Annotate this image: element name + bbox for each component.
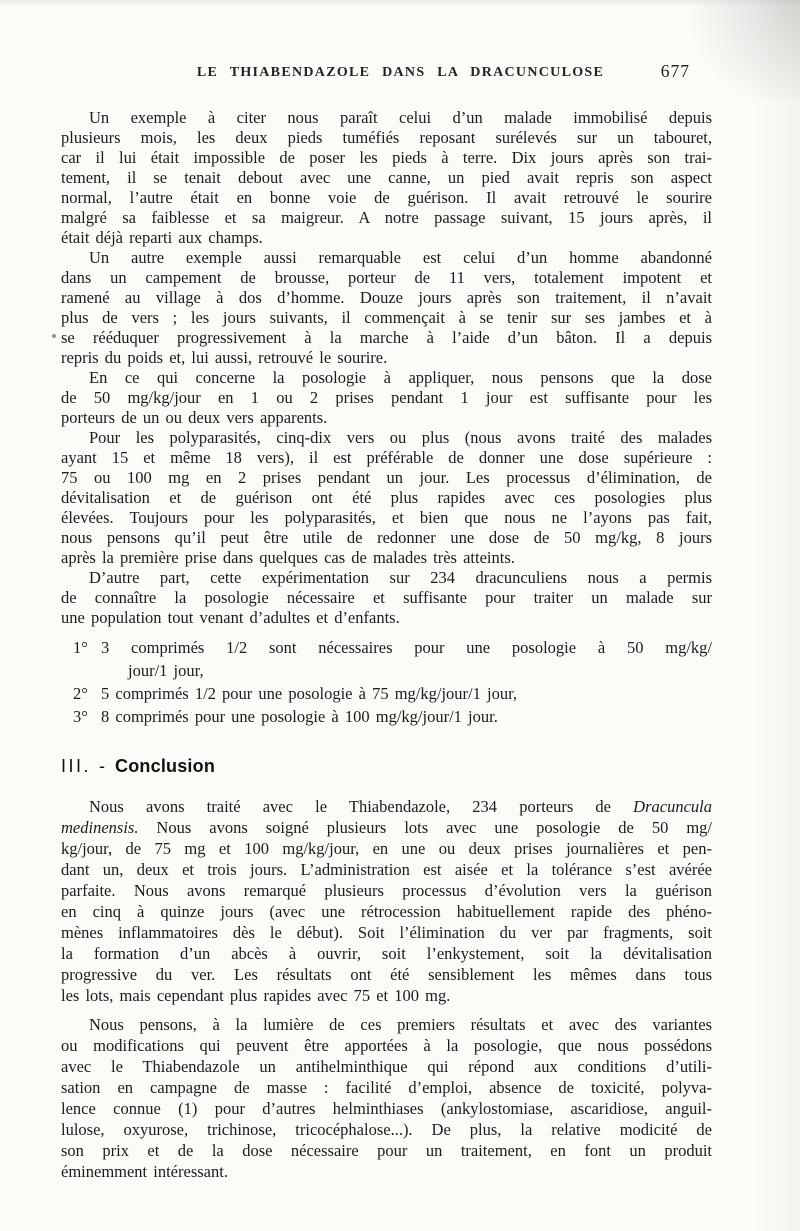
list-item-marker: 2° (73, 682, 101, 705)
text-line: dévitalisation et de guérison ont été pl… (61, 488, 712, 508)
text-line: Un exemple à citer nous paraît celui d’u… (61, 108, 712, 128)
text-line: les lots, mais cependant plus rapides av… (61, 985, 712, 1006)
text-line: une population tout venant d’adultes et … (61, 608, 712, 628)
text-line: Pour les polyparasités, cinq-dix vers ou… (61, 428, 712, 448)
list-item-marker: 1° (73, 636, 101, 659)
paragraph: Un exemple à citer nous paraît celui d’u… (61, 108, 712, 248)
text-line: plusieurs mois, les deux pieds tuméfiés … (61, 128, 712, 148)
paragraph: Un autre exemple aussi remarquable est c… (61, 248, 712, 368)
text-line: 3°8 comprimés pour une posologie à 100 m… (61, 705, 712, 728)
text-line: en cinq à quinze jours (avec une rétroce… (61, 901, 712, 922)
text-line: En ce qui concerne la posologie à appliq… (61, 368, 712, 388)
list-item-marker: 3° (73, 705, 101, 728)
italic-text: Dracuncula (633, 797, 712, 816)
text-line: parfaite. Nous avons remarqué plusieurs … (61, 880, 712, 901)
dosage-list-item: 2°5 comprimés 1/2 pour une posologie à 7… (61, 682, 712, 705)
text-line: sation en campagne de masse : facilité d… (61, 1077, 712, 1098)
italic-text: medinensis. (61, 818, 138, 837)
text-line: 2°5 comprimés 1/2 pour une posologie à 7… (61, 682, 712, 705)
dosage-list-item: 1°3 comprimés 1/2 sont nécessaires pour … (61, 636, 712, 682)
section-title: Conclusion (115, 756, 215, 776)
text-line: jour/1 jour, (61, 659, 712, 682)
text-line: la formation d’un abcès à ouvrir, soit l… (61, 943, 712, 964)
text-line: plus de vers ; les jours suivants, il co… (61, 308, 712, 328)
text-line: medinensis. Nous avons soigné plusieurs … (61, 817, 712, 838)
text-line: de 50 mg/kg/jour en 1 ou 2 prises pendan… (61, 388, 712, 408)
dosage-list: 1°3 comprimés 1/2 sont nécessaires pour … (61, 636, 712, 728)
text-line: progressive du ver. Les résultats ont ét… (61, 964, 712, 985)
intro-section: Un exemple à citer nous paraît celui d’u… (61, 108, 712, 728)
text-line: ramené au village à dos d’homme. Douze j… (61, 288, 712, 308)
text-line: porteurs de un ou deux vers apparents. (61, 408, 712, 428)
paragraph: Nous pensons, à la lumière de ces premie… (61, 1014, 712, 1182)
text-line: lence connue (1) pour d’autres helminthi… (61, 1098, 712, 1119)
text-line: Un autre exemple aussi remarquable est c… (61, 248, 712, 268)
text-line: malgré sa faiblesse et sa maigreur. A no… (61, 208, 712, 228)
text-line: dans un campement de brousse, porteur de… (61, 268, 712, 288)
section-numeral: III. (61, 756, 91, 776)
text-line: était déjà reparti aux champs. (61, 228, 712, 248)
text-line: nous pensons qu’il peut être utile de re… (61, 528, 712, 548)
text-line: kg/jour, de 75 mg et 100 mg/kg/jour, en … (61, 838, 712, 859)
text-line: D’autre part, cette expérimentation sur … (61, 568, 712, 588)
paragraph: Nous avons traité avec le Thiabendazole,… (61, 796, 712, 1006)
text-line: tement, il se tenait debout avec une can… (61, 168, 712, 188)
text-line: repris du poids et, lui aussi, retrouvé … (61, 348, 712, 368)
text-line: Nous avons traité avec le Thiabendazole,… (61, 796, 712, 817)
running-title: LE THIABENDAZOLE DANS LA DRACUNCULOSE (197, 65, 604, 81)
text-line: lulose, oxyurose, trichinose, tricocépha… (61, 1119, 712, 1140)
conclusion-section: Nous avons traité avec le Thiabendazole,… (61, 796, 712, 1182)
paragraph: En ce qui concerne la posologie à appliq… (61, 368, 712, 428)
page-number: 677 (661, 61, 690, 82)
paragraph: Pour les polyparasités, cinq-dix vers ou… (61, 428, 712, 568)
text-line: mènes inflammatoires dès le début). Soit… (61, 922, 712, 943)
text-line: dant un, deux et trois jours. L’administ… (61, 859, 712, 880)
dosage-list-item: 3°8 comprimés pour une posologie à 100 m… (61, 705, 712, 728)
text-line: avec le Thiabendazole un antihelminthiqu… (61, 1056, 712, 1077)
text-line: après la première prise dans quelques ca… (61, 548, 712, 568)
running-header: LE THIABENDAZOLE DANS LA DRACUNCULOSE 67… (61, 64, 712, 82)
scan-artifact-dot (52, 334, 56, 338)
page-content: LE THIABENDAZOLE DANS LA DRACUNCULOSE 67… (61, 0, 712, 1182)
text-line: se rééduquer progressivement à la marche… (61, 328, 712, 348)
section-dash: - (99, 756, 105, 776)
text-line: son prix et de la dose nécessaire pour u… (61, 1140, 712, 1161)
text-line: ou modifications qui peuvent être apport… (61, 1035, 712, 1056)
text-line: normal, l’autre était en bonne voie de g… (61, 188, 712, 208)
text-line: élevées. Toujours pour les polyparasités… (61, 508, 712, 528)
text-line: car il lui était impossible de poser les… (61, 148, 712, 168)
text-line: ayant 15 et même 18 vers), il est préfér… (61, 448, 712, 468)
paragraph: D’autre part, cette expérimentation sur … (61, 568, 712, 628)
scanned-page: LE THIABENDAZOLE DANS LA DRACUNCULOSE 67… (0, 0, 800, 1231)
section-heading: III.-Conclusion (61, 754, 712, 778)
text-line: Nous pensons, à la lumière de ces premie… (61, 1014, 712, 1035)
text-line: 1°3 comprimés 1/2 sont nécessaires pour … (61, 636, 712, 659)
text-line: de connaître la posologie nécessaire et … (61, 588, 712, 608)
text-line: 75 ou 100 mg en 2 prises pendant un jour… (61, 468, 712, 488)
scan-artifact-right-edge (754, 0, 800, 1231)
text-line: éminemment intéressant. (61, 1161, 712, 1182)
